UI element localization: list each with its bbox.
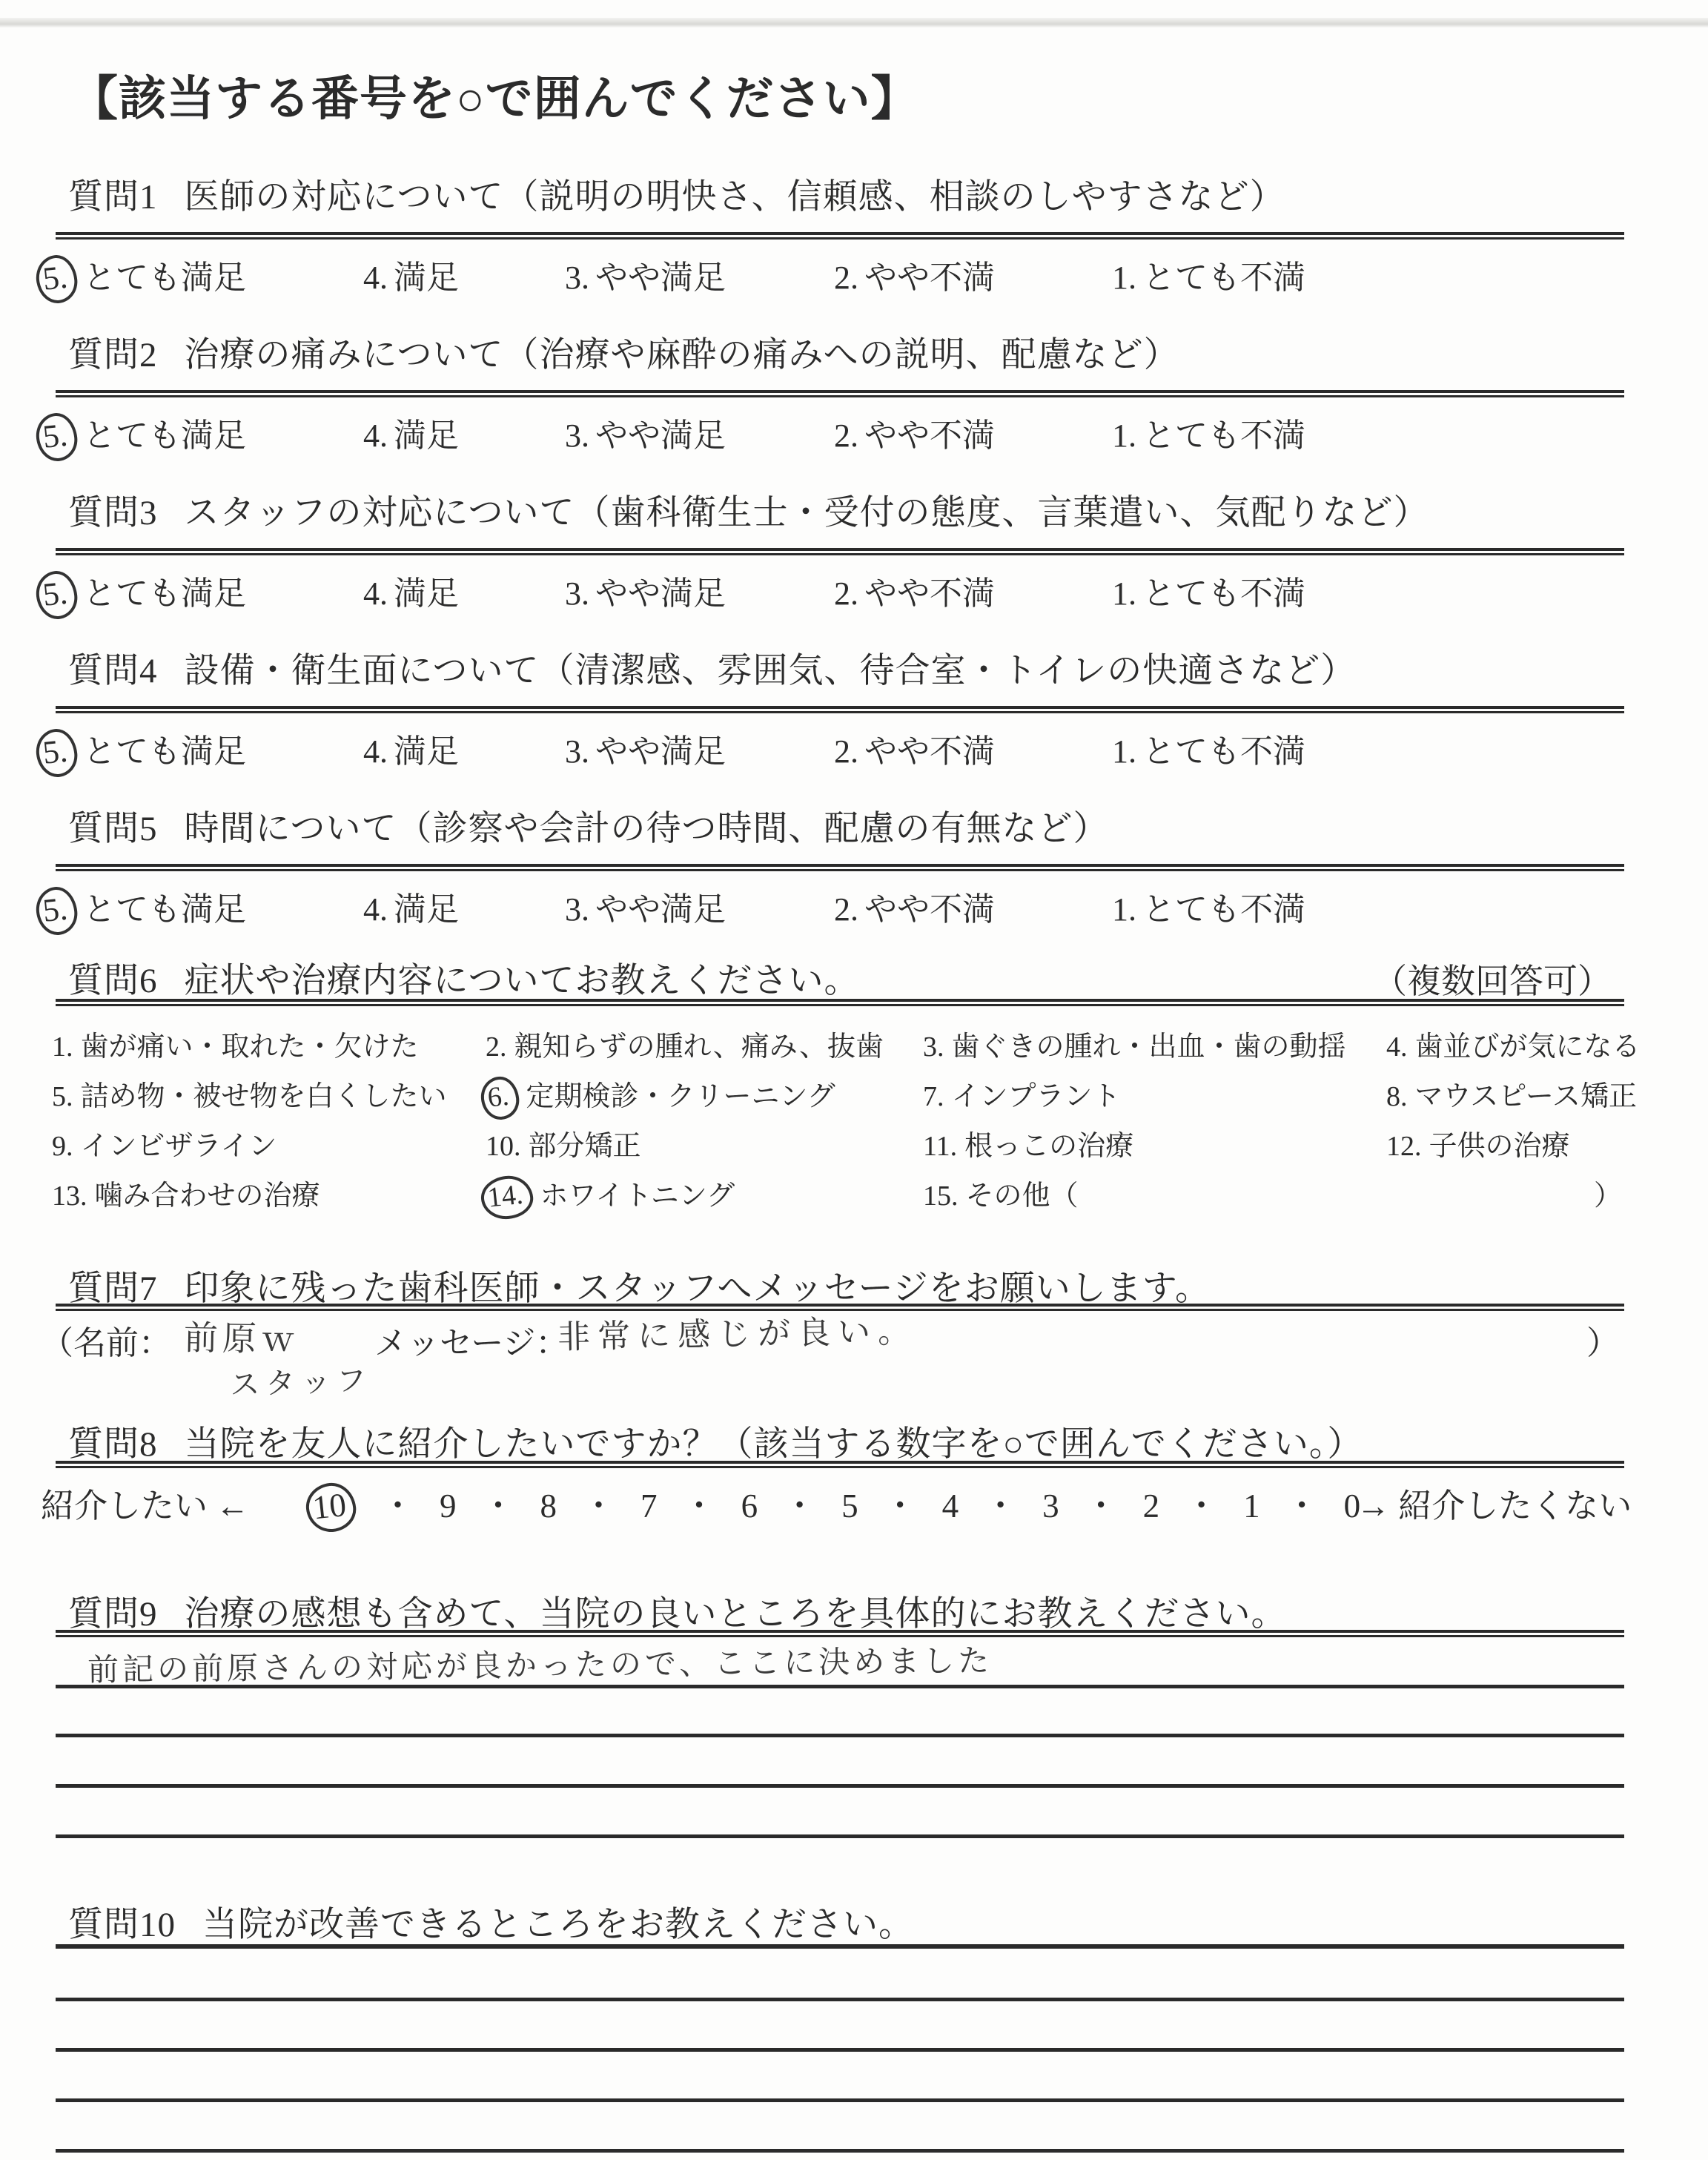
name-message-row: （名前： 前原ｗ メッセージ： 非常に感じが良い。 ） スタッフ — [0, 1316, 1708, 1405]
rating-option-2: 2.やや不満 — [834, 567, 995, 614]
rating-option-3: 3.やや満足 — [565, 567, 726, 614]
rating-option-4: 4.満足 — [363, 882, 459, 930]
rating-option-5: 5.とても満足 — [41, 251, 246, 303]
symptom-option-2: 2.親知らずの腫れ、痛み、抜歯 — [486, 1023, 884, 1064]
question-6-heading: 質問6症状や治療内容についてお教えください。 — [68, 953, 860, 1003]
option-text: 歯ぐきの腫れ・出血・歯の動揺 — [952, 1031, 1346, 1063]
option-number-circle: 5. — [34, 569, 79, 621]
scale-left-label: 紹介したい ← — [41, 1479, 249, 1527]
rating-option-4: 4.満足 — [363, 251, 459, 298]
symptom-option-3: 3.歯ぐきの腫れ・出血・歯の動揺 — [923, 1023, 1346, 1064]
symptom-option-11: 11.根っこの治療 — [923, 1123, 1133, 1163]
option-number: 1. — [52, 1031, 73, 1063]
option-number: 13. — [52, 1180, 87, 1212]
option-number: 1. — [1112, 733, 1136, 770]
rating-option-1: 1.とても不満 — [1112, 882, 1305, 930]
option-text: やや不満 — [864, 733, 995, 770]
question-7-heading: 質問7印象に残った歯科医師・スタッフへメッセージをお願いします。 — [68, 1261, 1211, 1310]
option-number: 3. — [565, 417, 589, 455]
question-5-options: 5.とても満足 4.満足 3.やや満足 2.やや不満 1.とても不満 — [0, 882, 1708, 930]
option-text: 部分矯正 — [529, 1131, 641, 1162]
option-number: 1. — [1112, 259, 1136, 297]
option-text: 満足 — [394, 417, 459, 454]
symptom-option-5: 5.詰め物・被せ物を白くしたい — [52, 1073, 447, 1114]
symptom-option-13: 13.噛み合わせの治療 — [52, 1172, 320, 1213]
option-text: 詰め物・被せ物を白くしたい — [81, 1081, 447, 1112]
option-text: とても不満 — [1142, 417, 1305, 454]
option-text: 定期検診・クリーニング — [526, 1081, 835, 1112]
scale-dot: ・ — [884, 1479, 917, 1527]
symptom-option-6: 6.定期検診・クリーニング — [486, 1073, 835, 1120]
option-text: とても満足 — [83, 733, 246, 770]
question-2-options: 5.とても満足 4.満足 3.やや満足 2.やや不満 1.とても不満 — [0, 409, 1708, 456]
option-number: 1. — [1112, 417, 1136, 455]
option-text: 親知らずの腫れ、痛み、抜歯 — [514, 1031, 884, 1063]
option-number: 2. — [834, 259, 858, 297]
rating-option-3: 3.やや満足 — [565, 409, 726, 456]
symptom-option-9: 9.インビザライン — [52, 1123, 277, 1163]
symptom-option-14: 14.ホワイトニング — [486, 1172, 735, 1219]
scale-dot: ・ — [482, 1479, 515, 1527]
question-1-heading: 質問1医師の対応について（説明の明快さ、信頼感、相談のしやすさなど） — [68, 169, 1285, 219]
scale-number-5: 5 — [841, 1487, 858, 1525]
question-10-label: 質問10 — [68, 1906, 176, 1944]
question-2-text: 治療の痛みについて（治療や麻酔の痛みへの説明、配慮など） — [185, 336, 1179, 374]
heading-rule — [56, 1630, 1624, 1637]
heading-rule — [56, 999, 1624, 1006]
option-text: やや不満 — [864, 891, 995, 928]
option-text: やや満足 — [595, 891, 726, 928]
writing-line — [56, 1685, 1624, 1688]
option-text: とても満足 — [83, 260, 246, 296]
option-text: とても不満 — [1142, 733, 1305, 770]
question-7-label: 質問7 — [68, 1269, 158, 1308]
option-text: 満足 — [394, 733, 459, 770]
option-number: 4. — [363, 417, 388, 455]
scale-dot: ・ — [683, 1479, 716, 1527]
option-number: 4. — [1386, 1031, 1408, 1063]
rating-option-4: 4.満足 — [363, 567, 459, 614]
option-text: やや満足 — [595, 417, 726, 454]
message-handwritten-value: 非常に感じが良い。 — [557, 1304, 918, 1358]
option-number: 4. — [363, 575, 388, 612]
option-number: 15. — [923, 1180, 959, 1212]
scale-dot: ・ — [1185, 1479, 1218, 1527]
symptom-option-8: 8.マウスピース矯正 — [1386, 1073, 1637, 1114]
option-number-circle: 5. — [34, 727, 79, 779]
option-number: 3. — [565, 575, 589, 612]
heading-rule — [56, 706, 1624, 713]
option-text: やや不満 — [864, 417, 995, 454]
question-10-heading: 質問10当院が改善できるところをお教えください。 — [68, 1897, 914, 1946]
question-5-heading: 質問5時間について（診察や会計の待つ時間、配慮の有無など） — [68, 801, 1109, 851]
writing-line — [56, 1998, 1624, 2001]
writing-line — [56, 1734, 1624, 1737]
rating-option-1: 1.とても不満 — [1112, 567, 1305, 614]
heading-rule — [56, 390, 1624, 397]
option-number: 4. — [363, 891, 388, 928]
row-close-paren: ） — [1586, 1316, 1619, 1364]
scale-number-6: 6 — [741, 1487, 758, 1525]
scan-edge-artifact — [0, 18, 1708, 27]
heading-rule — [56, 1944, 1624, 1949]
question-6-text: 症状や治療内容についてお教えください。 — [185, 962, 860, 1000]
option-text: 子供の治療 — [1429, 1131, 1570, 1162]
question-1-label: 質問1 — [68, 178, 158, 217]
option-number: 7. — [923, 1080, 944, 1113]
rating-option-5: 5.とても満足 — [41, 567, 246, 619]
option-text: その他（ — [966, 1180, 1079, 1212]
option-number: 1. — [1112, 891, 1136, 928]
option-number: 3. — [565, 733, 589, 770]
option-text: 噛み合わせの治療 — [95, 1180, 320, 1212]
scale-dot: ・ — [1085, 1479, 1118, 1527]
option-text: やや満足 — [595, 733, 726, 770]
question-9-heading: 質問9治療の感想も含めて、当院の良いところを具体的にお教えください。 — [68, 1586, 1287, 1636]
question-3-label: 質問3 — [68, 494, 158, 532]
option-number: 5. — [52, 1080, 73, 1113]
option-text: やや不満 — [864, 575, 995, 612]
scale-number-1: 1 — [1243, 1487, 1260, 1525]
option-number: 3. — [565, 259, 589, 297]
option-text: 歯が痛い・取れた・欠けた — [81, 1031, 419, 1063]
option-text: インプラント — [952, 1081, 1121, 1112]
question-7-text: 印象に残った歯科医師・スタッフへメッセージをお願いします。 — [185, 1269, 1211, 1308]
scale-number-4: 4 — [942, 1487, 959, 1525]
rating-option-2: 2.やや不満 — [834, 409, 995, 456]
option-number: 2. — [486, 1031, 507, 1063]
option-text: とても不満 — [1142, 575, 1305, 612]
question-5-text: 時間について（診察や会計の待つ時間、配慮の有無など） — [185, 810, 1109, 848]
writing-line — [56, 2098, 1624, 2102]
other-close-paren: ） — [1594, 1172, 1622, 1213]
option-number: 2. — [834, 733, 858, 770]
question-8-label: 質問8 — [68, 1425, 158, 1464]
question-1-text: 医師の対応について（説明の明快さ、信頼感、相談のしやすさなど） — [185, 178, 1285, 217]
option-number-circle: 6. — [479, 1075, 520, 1122]
option-number-circle: 5. — [34, 253, 79, 305]
option-number: 10. — [486, 1130, 521, 1163]
option-number-circle: 5. — [34, 885, 79, 937]
option-text: とても満足 — [83, 575, 246, 612]
option-number: 2. — [834, 575, 858, 612]
option-number-circle: 5. — [34, 411, 79, 463]
name-handwritten-value: 前原ｗ — [183, 1311, 299, 1362]
question-8-text: 当院を友人に紹介したいですか？（該当する数字を○で囲んでください。） — [185, 1425, 1363, 1464]
option-number: 4. — [363, 259, 388, 297]
scale-numbers: 10・9・8・7・6・5・4・3・2・1・0 — [300, 1479, 1366, 1532]
heading-rule — [56, 232, 1624, 240]
q9-handwritten-answer: 前記の前原さんの対応が良かったので、ここに決めました — [87, 1636, 993, 1691]
message-field-label: メッセージ： — [374, 1316, 568, 1364]
rating-option-4: 4.満足 — [363, 409, 459, 456]
rating-option-1: 1.とても不満 — [1112, 409, 1305, 456]
question-8-heading: 質問8当院を友人に紹介したいですか？（該当する数字を○で囲んでください。） — [68, 1416, 1363, 1466]
heading-rule — [56, 1461, 1624, 1468]
scale-number-7: 7 — [640, 1487, 658, 1525]
question-9-text: 治療の感想も含めて、当院の良いところを具体的にお教えください。 — [185, 1595, 1287, 1634]
form-title: 【該当する番号を○で囲んでください】 — [70, 61, 919, 129]
option-text: やや満足 — [595, 575, 726, 612]
option-text: とても満足 — [83, 417, 246, 454]
scale-dot: ・ — [381, 1479, 414, 1527]
option-number: 3. — [565, 891, 589, 928]
scale-number-8: 8 — [540, 1487, 557, 1525]
symptom-option-7: 7.インプラント — [923, 1073, 1121, 1114]
rating-option-1: 1.とても不満 — [1112, 251, 1305, 298]
scale-dot: ・ — [582, 1479, 615, 1527]
symptom-option-1: 1.歯が痛い・取れた・欠けた — [52, 1023, 419, 1064]
question-10-text: 当院が改善できるところをお教えください。 — [202, 1906, 914, 1944]
scale-number-3: 3 — [1042, 1487, 1059, 1525]
rating-option-5: 5.とても満足 — [41, 409, 246, 461]
survey-form-page: 【該当する番号を○で囲んでください】 質問1医師の対応について（説明の明快さ、信… — [0, 0, 1708, 2160]
scale-right-label: → 紹介したくない — [1357, 1479, 1632, 1527]
question-4-heading: 質問4設備・衛生面について（清潔感、雰囲気、待合室・トイレの快適さなど） — [68, 643, 1356, 693]
scale-dot: ・ — [984, 1479, 1017, 1527]
name-handwritten-sub: スタッフ — [229, 1357, 373, 1404]
symptom-option-12: 12.子供の治療 — [1386, 1123, 1570, 1163]
rating-option-2: 2.やや不満 — [834, 882, 995, 930]
option-text: とても満足 — [83, 891, 246, 928]
question-2-label: 質問2 — [68, 336, 158, 374]
writing-line — [56, 1784, 1624, 1788]
option-text: 満足 — [394, 575, 459, 612]
question-9-label: 質問9 — [68, 1595, 158, 1634]
option-number: 9. — [52, 1130, 73, 1163]
rating-option-5: 5.とても満足 — [41, 724, 246, 777]
option-number: 12. — [1386, 1130, 1422, 1163]
scale-number-10-circle: 10 — [304, 1481, 359, 1535]
option-text: とても不満 — [1142, 260, 1305, 296]
rating-option-1: 1.とても不満 — [1112, 724, 1305, 772]
rating-option-3: 3.やや満足 — [565, 882, 726, 930]
question-4-label: 質問4 — [68, 652, 158, 690]
question-3-text: スタッフの対応について（歯科衛生士・受付の態度、言葉遣い、気配りなど） — [185, 494, 1429, 532]
option-number: 2. — [834, 891, 858, 928]
option-text: やや満足 — [595, 260, 726, 296]
option-number: 2. — [834, 417, 858, 455]
option-text: ホワイトニング — [540, 1180, 735, 1212]
symptom-option-10: 10.部分矯正 — [486, 1123, 641, 1163]
option-text: 満足 — [394, 260, 459, 296]
scale-dot: ・ — [783, 1479, 816, 1527]
option-number: 3. — [923, 1031, 944, 1063]
question-4-text: 設備・衛生面について（清潔感、雰囲気、待合室・トイレの快適さなど） — [185, 652, 1357, 690]
writing-line — [56, 1834, 1624, 1838]
option-text: やや不満 — [864, 260, 995, 296]
option-number: 8. — [1386, 1080, 1408, 1113]
question-3-heading: 質問3スタッフの対応について（歯科衛生士・受付の態度、言葉遣い、気配りなど） — [68, 485, 1429, 535]
heading-rule — [56, 548, 1624, 555]
question-6-label: 質問6 — [68, 962, 158, 1000]
question-5-label: 質問5 — [68, 810, 158, 848]
multiple-answers-note: （複数回答可） — [1373, 954, 1612, 1003]
option-text: 満足 — [394, 891, 459, 928]
symptom-option-4: 4.歯並びが気になる — [1386, 1023, 1641, 1064]
rating-option-3: 3.やや満足 — [565, 251, 726, 298]
scale-number-9: 9 — [440, 1487, 457, 1525]
writing-line — [56, 2149, 1624, 2153]
scale-number-2: 2 — [1143, 1487, 1160, 1525]
scale-dot: ・ — [1285, 1479, 1319, 1527]
question-3-options: 5.とても満足 4.満足 3.やや満足 2.やや不満 1.とても不満 — [0, 567, 1708, 614]
option-number: 4. — [363, 733, 388, 770]
question-1-options: 5.とても満足 4.満足 3.やや満足 2.やや不満 1.とても不満 — [0, 251, 1708, 298]
option-number-circle: 14. — [479, 1174, 534, 1222]
option-text: 歯並びが気になる — [1415, 1031, 1641, 1063]
rating-option-4: 4.満足 — [363, 724, 459, 772]
rating-option-2: 2.やや不満 — [834, 724, 995, 772]
option-text: 根っこの治療 — [964, 1131, 1133, 1162]
heading-rule — [56, 864, 1624, 871]
rating-option-5: 5.とても満足 — [41, 882, 246, 935]
option-text: マウスピース矯正 — [1415, 1081, 1637, 1112]
rating-option-3: 3.やや満足 — [565, 724, 726, 772]
question-2-heading: 質問2治療の痛みについて（治療や麻酔の痛みへの説明、配慮など） — [68, 327, 1179, 377]
option-text: インビザライン — [81, 1131, 277, 1162]
rating-option-2: 2.やや不満 — [834, 251, 995, 298]
question-4-options: 5.とても満足 4.満足 3.やや満足 2.やや不満 1.とても不満 — [0, 724, 1708, 772]
option-number: 11. — [923, 1130, 957, 1163]
name-field-label: （名前： — [41, 1316, 171, 1364]
option-number: 1. — [1112, 575, 1136, 612]
writing-line — [56, 2048, 1624, 2052]
symptom-option-15: 15.その他（ — [923, 1172, 1079, 1213]
option-text: とても不満 — [1142, 891, 1305, 928]
